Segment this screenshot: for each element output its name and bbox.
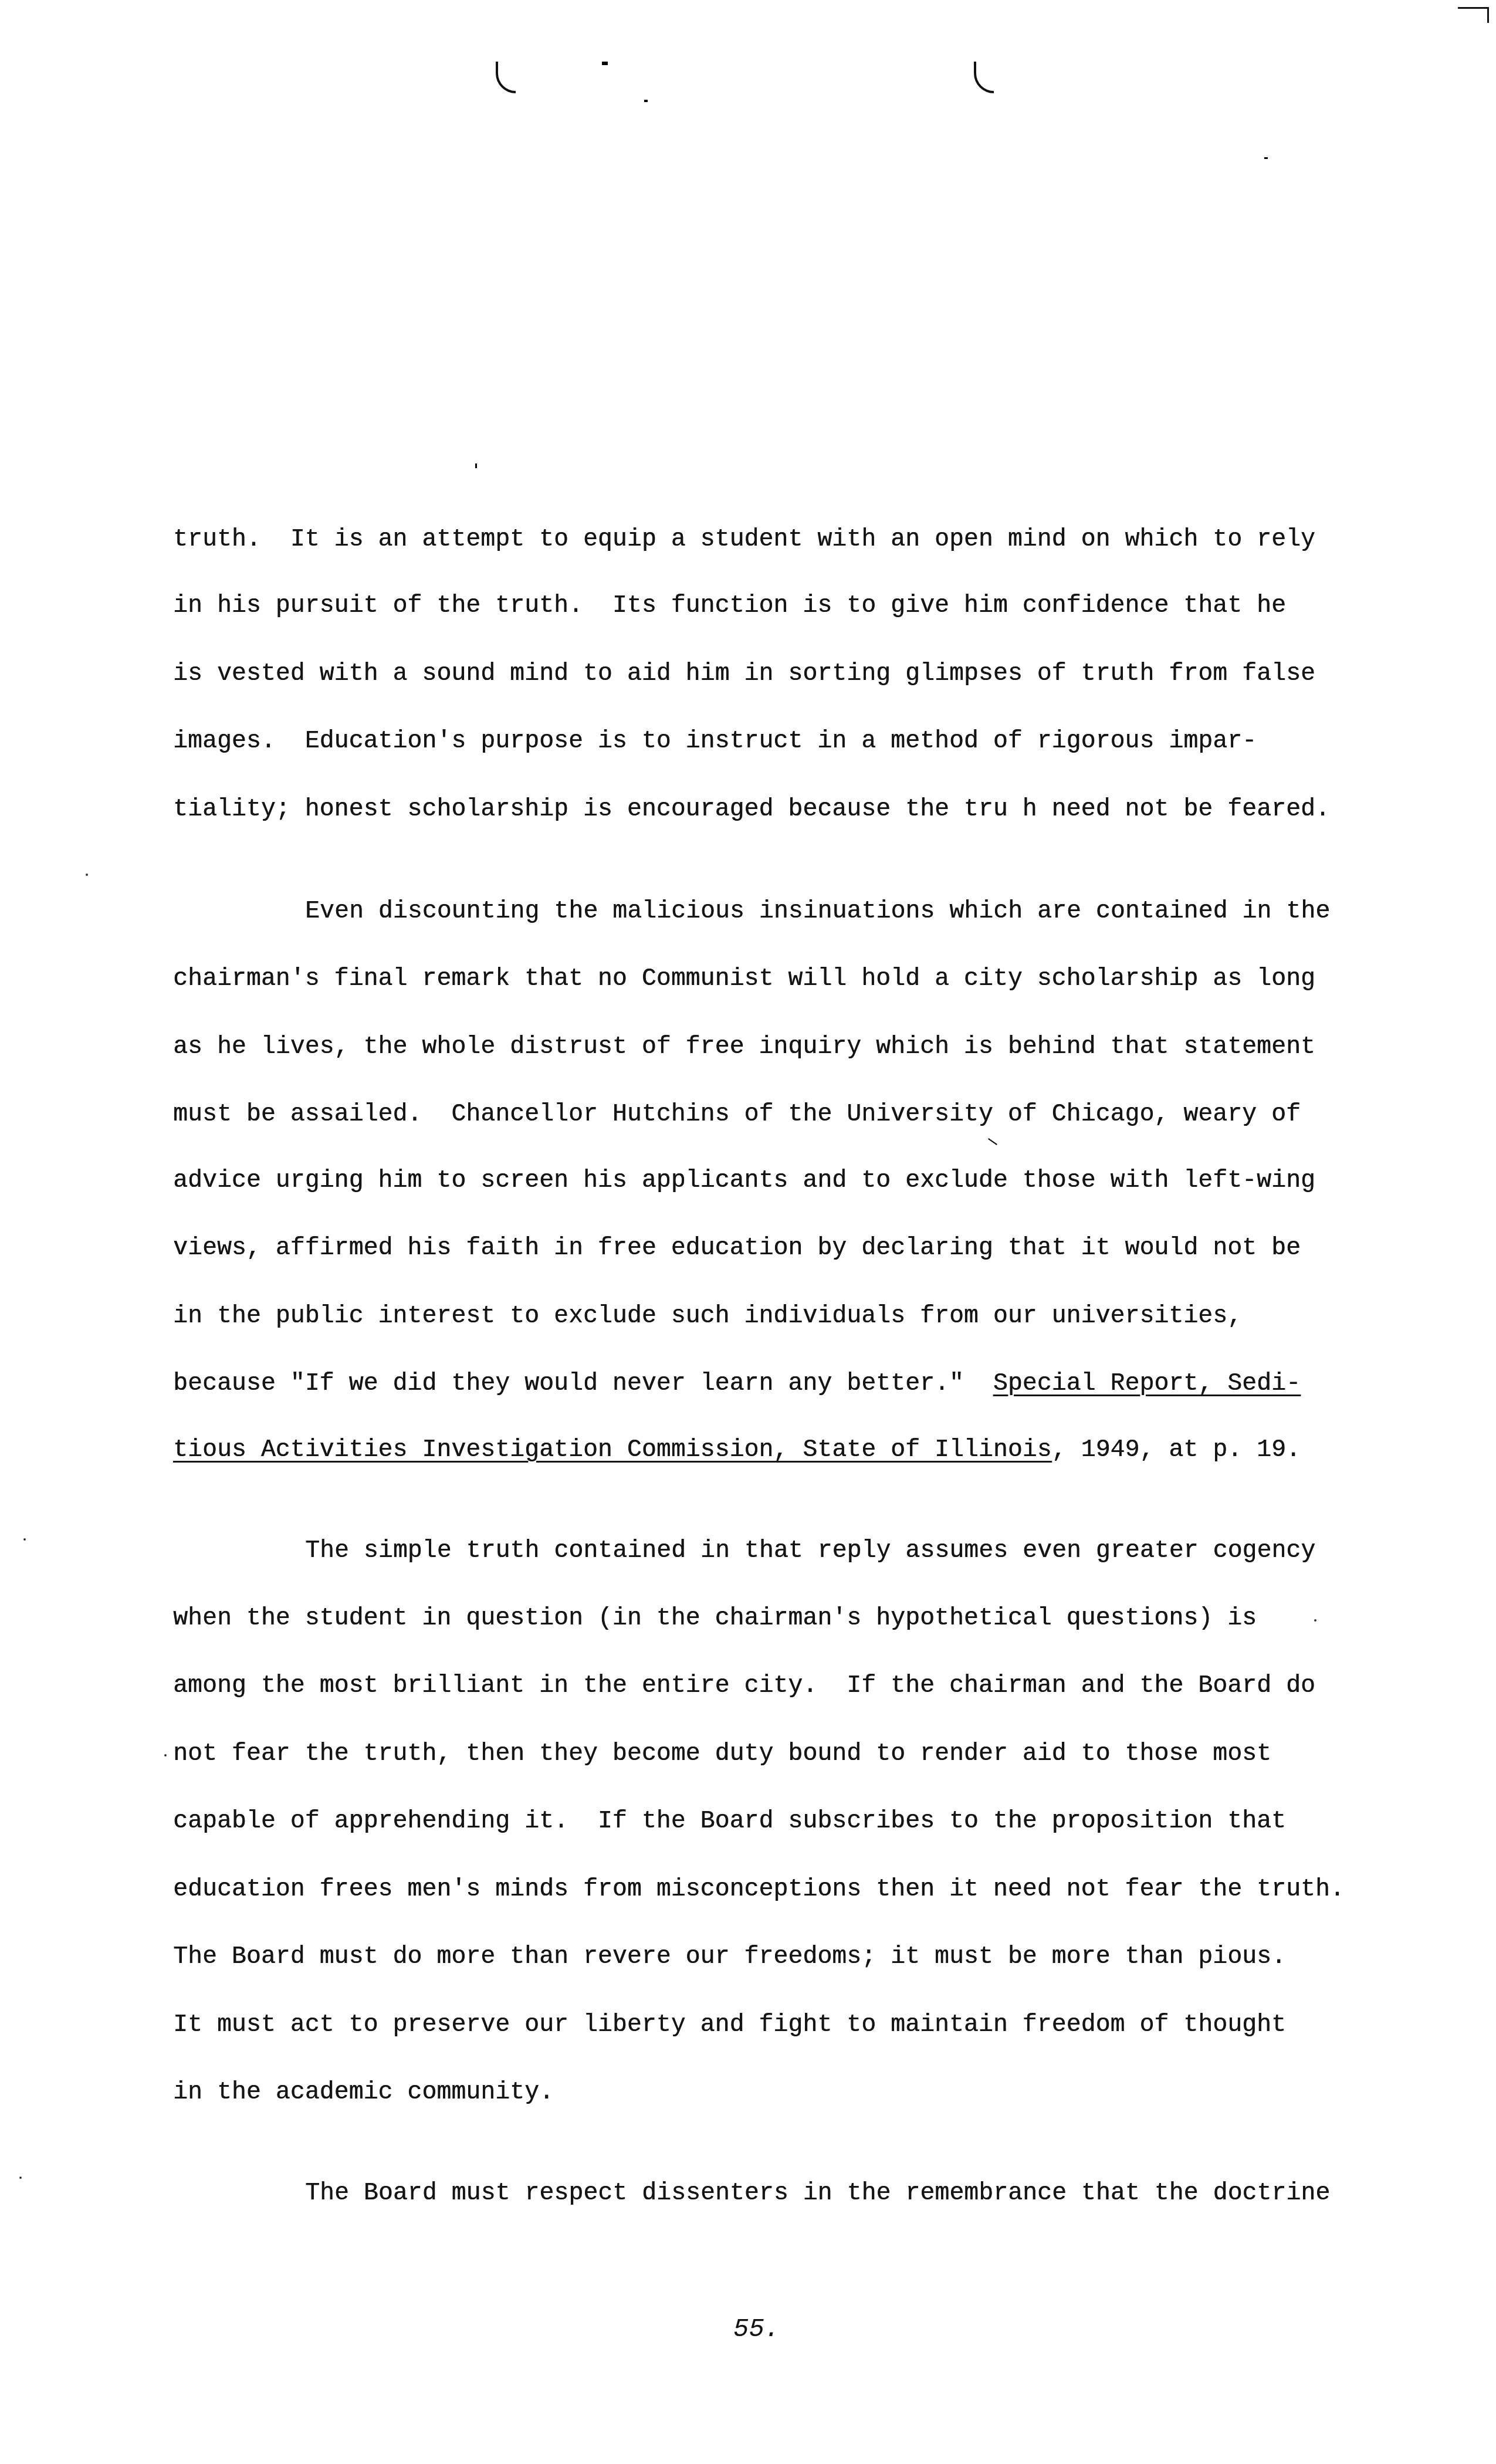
punch-hole-mark-right: [974, 62, 994, 93]
text-line: when the student in question (in the cha…: [173, 1604, 1257, 1633]
text-line: is vested with a sound mind to aid him i…: [173, 659, 1315, 689]
text-line: tious Activities Investigation Commissio…: [173, 1436, 1301, 1465]
text-line: among the most brilliant in the entire c…: [173, 1671, 1315, 1701]
text-line: images. Education's purpose is to instru…: [173, 727, 1257, 756]
scan-speck: [23, 1538, 26, 1541]
text-line: advice urging him to screen his applican…: [173, 1166, 1315, 1196]
text-line: education frees men's minds from misconc…: [173, 1875, 1345, 1904]
scan-speck: [988, 1138, 997, 1145]
text-line: tiality; honest scholarship is encourage…: [173, 795, 1330, 824]
scan-speck: [19, 2177, 22, 2179]
scan-speck: [475, 463, 477, 468]
punch-hole-mark-left: [496, 62, 516, 93]
citation-underlined: tious Activities Investigation Commissio…: [173, 1436, 1052, 1464]
scan-speck: [86, 874, 88, 876]
text-line: as he lives, the whole distrust of free …: [173, 1033, 1315, 1062]
text-line: The Board must do more than revere our f…: [173, 1942, 1286, 1972]
scan-speck: [644, 100, 648, 102]
document-page: truth. It is an attempt to equip a stude…: [0, 0, 1496, 2464]
scan-speck: [602, 62, 608, 65]
scan-speck: [164, 1754, 167, 1756]
text-line: It must act to preserve our liberty and …: [173, 2011, 1286, 2040]
scan-corner-mark: [1458, 7, 1489, 23]
text-line: in his pursuit of the truth. Its functio…: [173, 591, 1286, 621]
paragraph-first-line: The simple truth contained in that reply…: [305, 1536, 1315, 1566]
text-line: not fear the truth, then they become dut…: [173, 1739, 1271, 1769]
text-line: capable of apprehending it. If the Board…: [173, 1807, 1286, 1836]
scan-speck: [1314, 1619, 1316, 1622]
text-line: views, affirmed his faith in free educat…: [173, 1234, 1301, 1263]
text-line: in the academic community.: [173, 2078, 554, 2107]
paragraph-first-line: The Board must respect dissenters in the…: [305, 2179, 1330, 2208]
text-line: in the public interest to exclude such i…: [173, 1302, 1242, 1331]
citation-underlined: Special Report, Sedi-: [993, 1370, 1301, 1397]
paragraph-first-line: Even discounting the malicious insinuati…: [305, 897, 1330, 926]
scan-speck: [1264, 157, 1268, 159]
text-line: truth. It is an attempt to equip a stude…: [173, 525, 1315, 554]
page-number: 55.: [733, 2315, 780, 2344]
text-line: because "If we did they would never lear…: [173, 1369, 1301, 1399]
text-line: must be assailed. Chancellor Hutchins of…: [173, 1100, 1301, 1129]
text-line: chairman's final remark that no Communis…: [173, 964, 1315, 994]
citation-tail: , 1949, at p. 19.: [1052, 1436, 1301, 1464]
